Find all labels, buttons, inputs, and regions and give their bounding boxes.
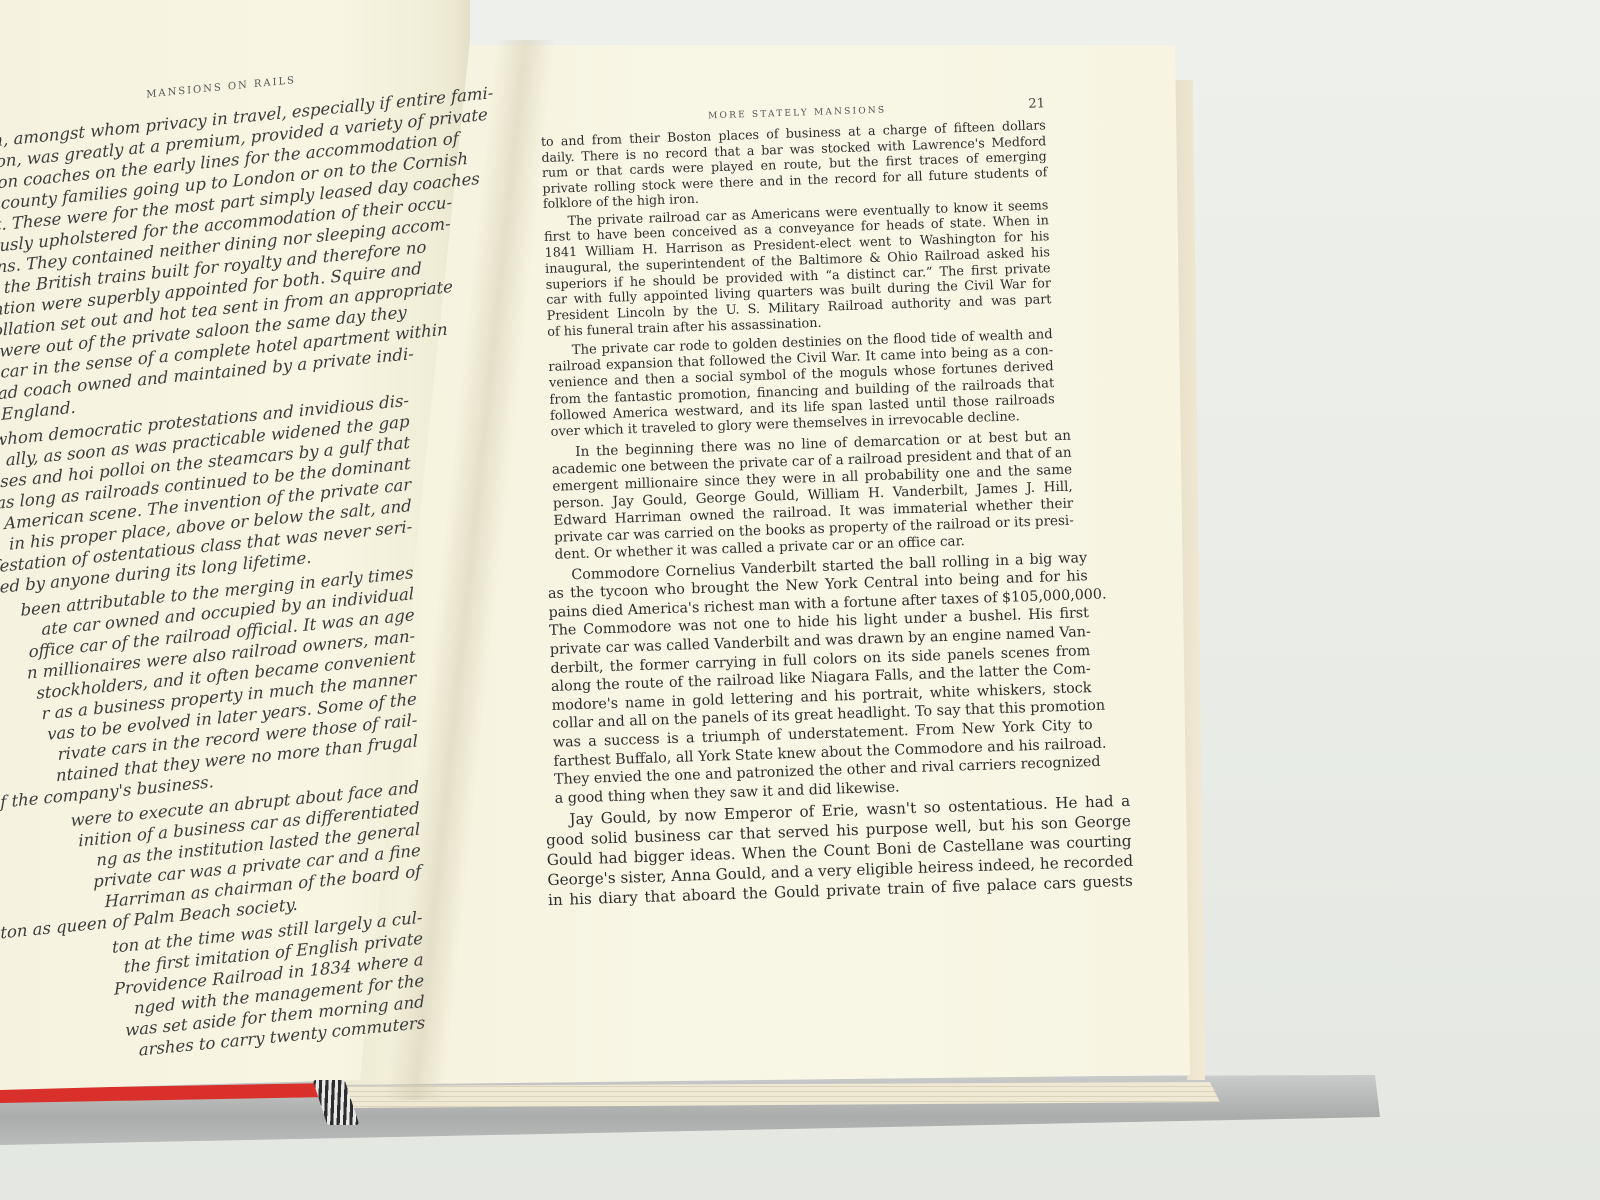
paragraph: In the beginning there was no line of de…: [551, 427, 1075, 563]
left-page-text: Mansions on Rails glish, amongst whom pr…: [0, 60, 425, 1075]
right-running-head: More Stately Mansions: [708, 106, 886, 122]
right-page-text: More Stately Mansions 21 to and from the…: [540, 96, 1071, 913]
paragraph: Commodore Cornelius Vanderbilt started t…: [547, 549, 1095, 808]
paragraph: Jay Gould, by now Emperor of Erie, wasn'…: [545, 792, 1133, 910]
paragraph: to and from their Boston places of busin…: [541, 117, 1048, 211]
paragraph: The private railroad car as Americans we…: [543, 198, 1052, 341]
page-number: 21: [1028, 96, 1045, 112]
book-photo: Mansions on Rails glish, amongst whom pr…: [0, 0, 1600, 1200]
paragraph: The private car rode to golden destinies…: [548, 327, 1056, 441]
